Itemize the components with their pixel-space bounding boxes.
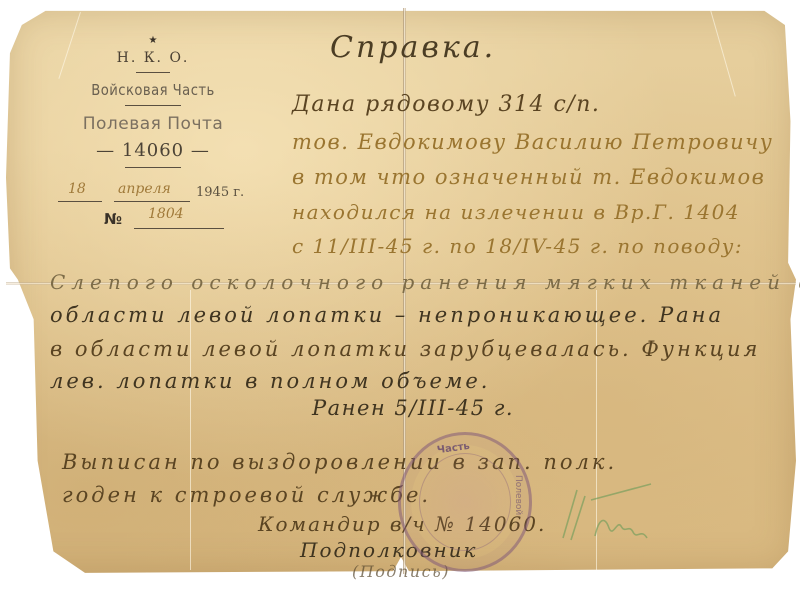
document-number: № 1804 <box>104 208 254 232</box>
signature-icon <box>555 478 675 548</box>
field-post-label: Полевая Почта <box>58 114 248 134</box>
handwritten-line: Слепого осколочного ранения мягких ткане… <box>50 270 800 294</box>
handwritten-line: области левой лопатки – непроникающее. Р… <box>50 303 724 327</box>
date-year: 1945 г. <box>196 185 244 200</box>
unit-label: Войсковая Часть <box>69 81 236 99</box>
divider <box>136 72 170 73</box>
number-value: 1804 <box>148 206 184 222</box>
org-name: Н. К. О. <box>58 50 248 66</box>
handwritten-line: Выписан по выздоровлении в зап. полк. <box>62 450 617 474</box>
underline <box>134 228 224 229</box>
handwritten-line: в том что означенный т. Евдокимов <box>292 165 765 189</box>
star-icon: ★ <box>58 36 248 46</box>
date-day: 18 <box>68 181 86 197</box>
divider <box>125 105 181 106</box>
field-post-number: — 14060 — <box>58 140 248 161</box>
handwritten-line: находился на излечении в Вр.Г. 1404 <box>292 200 740 224</box>
seal-side-text: Полевой <box>513 475 523 515</box>
handwritten-line: годен к строевой службе. <box>62 483 431 507</box>
underline <box>58 201 102 202</box>
issue-date: 18 апреля 1945 г. <box>58 185 258 207</box>
round-seal-stamp: Часть Полевой <box>398 432 532 572</box>
handwritten-line: в области левой лопатки зарубцевалась. Ф… <box>50 337 760 361</box>
underline <box>114 201 190 202</box>
military-unit-stamp: ★ Н. К. О. Войсковая Часть Полевая Почта… <box>58 36 248 176</box>
handwritten-line: лев. лопатки в полном объеме. <box>50 369 490 393</box>
handwritten-line: Дана рядовому 314 с/п. <box>292 92 600 117</box>
handwritten-line: Ранен 5/III-45 г. <box>312 396 514 420</box>
seal-inner-ring <box>419 453 511 551</box>
handwritten-line: тов. Евдокимову Василию Петровичу <box>292 130 773 154</box>
date-month: апреля <box>118 181 171 197</box>
divider <box>125 167 181 168</box>
number-label: № <box>104 210 122 228</box>
crease-line <box>190 290 191 570</box>
document-title: Справка. <box>330 30 496 65</box>
handwritten-line: с 11/III-45 г. по 18/IV-45 г. по поводу: <box>292 234 743 258</box>
